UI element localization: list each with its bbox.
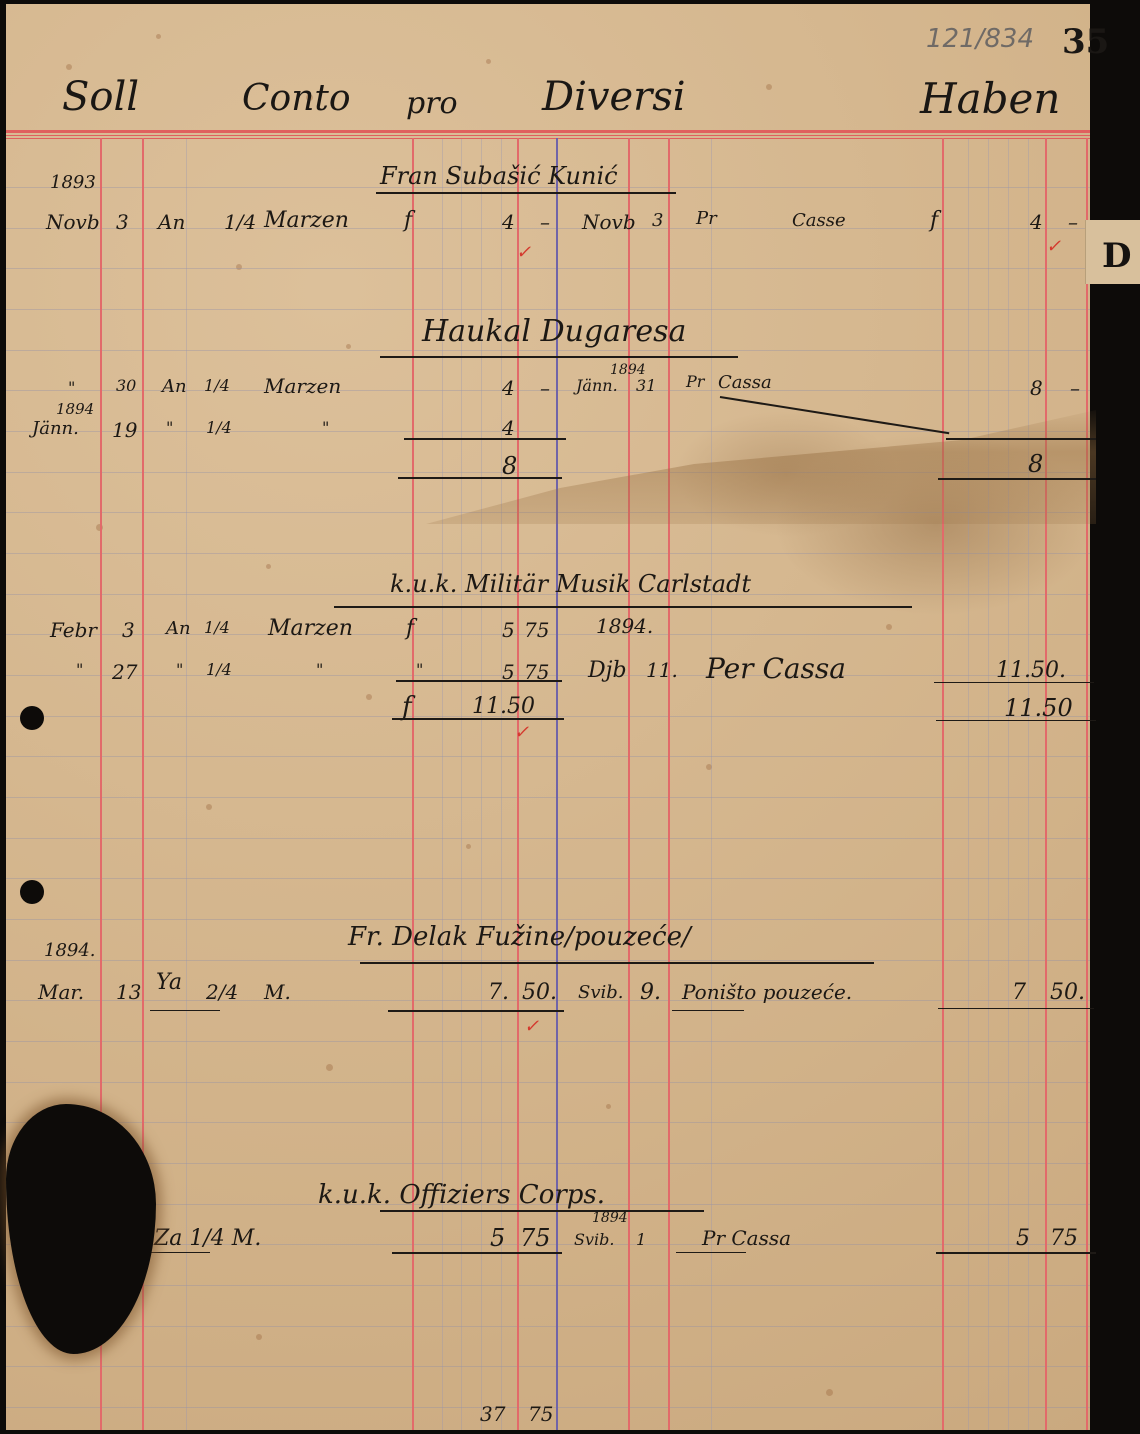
account-name: Fran Subašić Kunić bbox=[380, 162, 618, 190]
binder-hole bbox=[20, 706, 44, 730]
entry-year: 1894. bbox=[596, 614, 653, 638]
account-name: k.u.k. Militär Musik Carlstadt bbox=[390, 570, 751, 598]
header-title-pro: pro bbox=[406, 86, 458, 121]
entry-amount: 4 bbox=[502, 416, 515, 440]
ledger-page: Soll Conto pro Diversi Haben 121/834 35 … bbox=[6, 4, 1090, 1430]
entry-month: Jänn. bbox=[32, 418, 79, 439]
entry-currency: " bbox=[416, 660, 423, 679]
paper-stain bbox=[426, 404, 1096, 524]
entry-amount: 5 bbox=[502, 618, 515, 642]
entry-cents: 75 bbox=[524, 618, 549, 642]
entry-text: Marzen bbox=[264, 208, 349, 233]
entry-month: " bbox=[76, 660, 83, 679]
debit-total: 11.50 bbox=[472, 694, 535, 719]
page-total-amount: 37 bbox=[480, 1402, 505, 1426]
entry-day: 31 bbox=[636, 376, 656, 395]
entry-cents: – bbox=[540, 210, 550, 234]
entry-month: Djb bbox=[588, 658, 627, 683]
entry-amount: 5 bbox=[1016, 1226, 1030, 1251]
archive-reference: 121/834 bbox=[926, 24, 1034, 54]
entry-ref: " bbox=[166, 418, 173, 437]
entry-cents: – bbox=[540, 376, 550, 400]
entry-text: Marzen bbox=[264, 374, 341, 398]
entry-text: Per Cassa bbox=[706, 652, 846, 685]
entry-day: 9. bbox=[640, 980, 661, 1005]
entry-day: 11. bbox=[646, 658, 678, 682]
entry-currency: f bbox=[406, 616, 414, 641]
entry-year: 1894. bbox=[44, 940, 96, 961]
entry-ref: An bbox=[166, 618, 191, 639]
entry-month: Novb bbox=[582, 210, 636, 234]
entry-ref: Pr bbox=[686, 372, 704, 391]
account-name: Fr. Delak Fužine/pouzeće/ bbox=[348, 922, 691, 952]
entry-ref: An bbox=[158, 210, 185, 234]
header-soll: Soll bbox=[62, 74, 139, 120]
entry-month: Novb bbox=[46, 210, 100, 234]
entry-day: 30 bbox=[116, 376, 136, 395]
entry-day: 3 bbox=[122, 618, 135, 642]
burn-hole bbox=[6, 1104, 156, 1354]
entry-cents: – bbox=[1070, 376, 1080, 400]
header-haben: Haben bbox=[920, 74, 1060, 123]
entry-qty: 1/4 bbox=[206, 660, 232, 679]
check-mark: ✓ bbox=[516, 242, 531, 263]
entry-text: Marzen bbox=[268, 616, 353, 641]
entry-qty: 1/4 bbox=[224, 210, 256, 234]
entry-ref: " bbox=[176, 660, 183, 679]
entry-cents: – bbox=[1068, 210, 1078, 234]
entry-year: 1894 bbox=[592, 1210, 628, 1226]
entry-month: Jänn. bbox=[576, 376, 618, 395]
entry-day: 27 bbox=[112, 660, 137, 684]
page-number: 35 bbox=[1062, 22, 1109, 62]
account-name: k.u.k. Offiziers Corps. bbox=[318, 1180, 605, 1210]
entry-amount: 8 bbox=[1030, 376, 1043, 400]
entry-amount: 4 bbox=[502, 376, 515, 400]
account-name: Haukal Dugaresa bbox=[422, 314, 686, 349]
entry-day: 19 bbox=[112, 418, 137, 442]
entry-month: Svib. bbox=[574, 1230, 614, 1249]
entry-qty: 1/4 bbox=[206, 418, 232, 437]
entry-month: " bbox=[68, 378, 75, 397]
entry-month: Mar. bbox=[38, 980, 84, 1004]
entry-year: 1894 bbox=[56, 400, 94, 418]
entry-amount: 4 bbox=[502, 210, 515, 234]
entry-amount: 7. bbox=[488, 980, 509, 1005]
entry-text: Cassa bbox=[718, 372, 772, 393]
entry-currency: f bbox=[930, 208, 938, 233]
entry-text: Pr Cassa bbox=[702, 1226, 791, 1250]
entry-cents: 75 bbox=[1050, 1226, 1078, 1251]
entry-ref: Ya bbox=[156, 970, 182, 995]
index-tab-letter: D bbox=[1102, 236, 1131, 276]
entry-ref: An bbox=[162, 376, 187, 397]
entry-day: 3 bbox=[116, 210, 129, 234]
entry-qty: 2/4 bbox=[206, 980, 238, 1004]
check-mark: ✓ bbox=[1046, 236, 1061, 257]
debit-total: 8 bbox=[502, 452, 517, 480]
entry-year: 1893 bbox=[50, 172, 96, 193]
header-title-conto: Conto bbox=[242, 78, 351, 119]
check-mark: ✓ bbox=[514, 722, 529, 743]
entry-amount: 11.50. bbox=[996, 658, 1066, 683]
entry-cents: 50. bbox=[1050, 980, 1085, 1005]
entry-day: 3 bbox=[652, 210, 663, 231]
entry-text: " bbox=[316, 660, 323, 679]
entry-text: Poništo pouzeće. bbox=[682, 980, 852, 1004]
entry-amount: 4 bbox=[1030, 210, 1043, 234]
check-mark: ✓ bbox=[524, 1016, 539, 1037]
entry-day: 1 bbox=[636, 1230, 646, 1249]
entry-text: Za 1/4 M. bbox=[154, 1226, 261, 1251]
entry-cents: 50. bbox=[522, 980, 557, 1005]
strike-line bbox=[720, 396, 949, 434]
entry-text: M. bbox=[264, 980, 291, 1004]
entry-text: " bbox=[322, 418, 329, 437]
entry-qty: 1/4 bbox=[204, 618, 230, 637]
entry-day: 13 bbox=[116, 980, 141, 1004]
credit-total: 11.50 bbox=[1004, 694, 1073, 722]
binder-hole bbox=[20, 880, 44, 904]
entry-amount: 7 bbox=[1012, 980, 1026, 1005]
page-total-cents: 75 bbox=[528, 1402, 553, 1426]
entry-ref: Pr bbox=[696, 208, 717, 229]
entry-amount: 5 bbox=[490, 1224, 505, 1252]
header-rule bbox=[6, 130, 1090, 133]
entry-cents: 75 bbox=[520, 1224, 551, 1252]
header-title-diversi: Diversi bbox=[542, 74, 686, 120]
credit-total: 8 bbox=[1028, 450, 1043, 478]
entry-qty: 1/4 bbox=[204, 376, 230, 395]
entry-text: Casse bbox=[792, 210, 846, 231]
entry-month: Svib. bbox=[578, 982, 624, 1003]
entry-month: Febr bbox=[50, 618, 97, 642]
entry-currency: f bbox=[404, 208, 412, 233]
index-tab: D bbox=[1085, 220, 1140, 284]
